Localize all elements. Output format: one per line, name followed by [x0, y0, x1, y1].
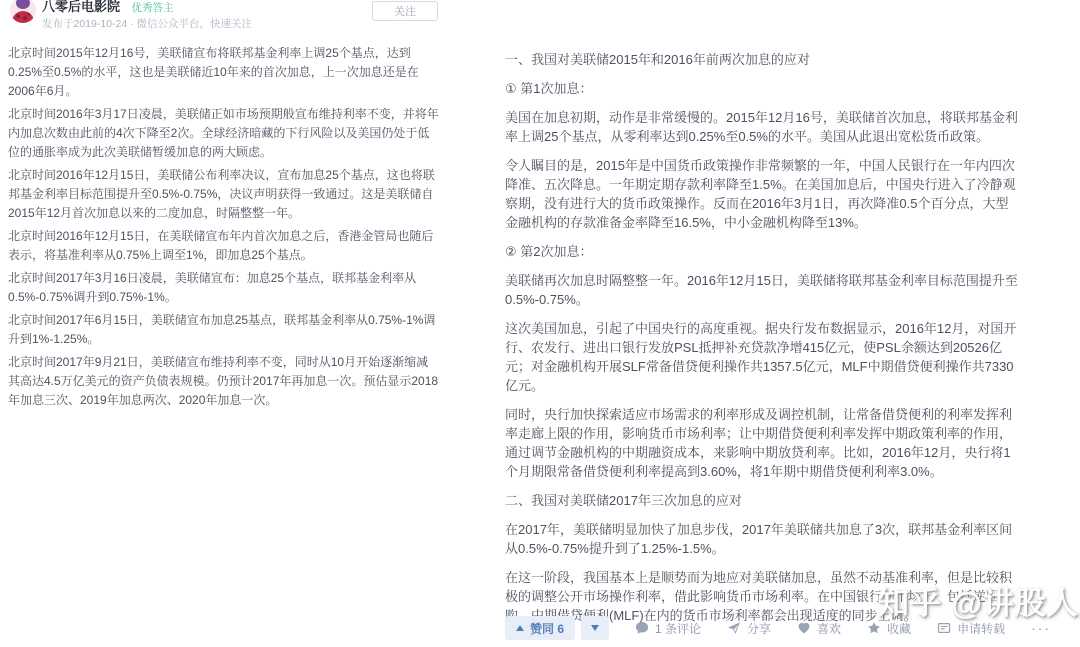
downvote-button[interactable]: [581, 616, 609, 640]
share-icon: [727, 621, 741, 635]
favorite-button[interactable]: 收藏: [867, 620, 911, 637]
author-badge: 优秀答主: [131, 2, 173, 14]
article-paragraph: 北京时间2017年9月21日，美联储宣布维持利率不变，同时从10月开始逐渐缩减其…: [8, 353, 440, 410]
upvote-button[interactable]: 赞同 6: [505, 616, 575, 640]
article-paragraph: 北京时间2017年6月15日，美联储宣布加息25基点，联邦基金利率从0.75%-…: [8, 311, 440, 349]
article-paragraph: 这次美国加息，引起了中国央行的高度重视。据央行发布数据显示，2016年12月，对…: [505, 319, 1019, 395]
avatar-figure-body: [12, 11, 34, 23]
article-paragraph: 同时，央行加快探索适应市场需求的利率形成及调控机制，让常备借贷便利的利率发挥利率…: [505, 405, 1019, 481]
share-button[interactable]: 分享: [727, 620, 771, 637]
article-paragraph: 美国在加息初期，动作是非常缓慢的。2015年12月16号，美联储首次加息，将联邦…: [505, 108, 1019, 146]
article-right-column: 一、我国对美联储2015年和2016年前两次加息的应对 ① 第1次加息： 美国在…: [505, 50, 1019, 635]
star-icon: [867, 621, 881, 635]
article-paragraph: 北京时间2016年12月15日，在美联储宣布年内首次加息之后，香港金管局也随后表…: [8, 227, 440, 265]
heart-icon: [797, 621, 811, 635]
repost-button[interactable]: 申请转载: [937, 620, 1005, 637]
author-header: 八零后电影院 优秀答主 发布于2019-10-24 · 微信公众平台，快速关注 …: [8, 0, 440, 32]
avatar[interactable]: [10, 0, 36, 23]
downvote-icon: [591, 625, 599, 631]
article-paragraph: 在2017年，美联储明显加快了加息步伐，2017年美联储共加息了3次，联邦基金利…: [505, 520, 1019, 558]
favorite-label: 收藏: [887, 620, 911, 637]
share-label: 分享: [747, 620, 771, 637]
upvote-icon: [516, 625, 524, 631]
action-bar: 赞同 6 1 条评论 分享 喜欢: [505, 616, 1051, 640]
article-paragraph: 北京时间2017年3月16日凌晨，美联储宣布：加息25个基点，联邦基金利率从0.…: [8, 269, 440, 307]
follow-button[interactable]: 关注: [372, 1, 438, 21]
section-heading: 一、我国对美联储2015年和2016年前两次加息的应对: [505, 50, 1019, 69]
article-paragraph: 北京时间2016年12月15日，美联储公布利率决议，宣布加息25个基点，这也将联…: [8, 166, 440, 223]
comment-icon: [635, 621, 649, 635]
like-button[interactable]: 喜欢: [797, 620, 841, 637]
section-heading: 二、我国对美联储2017年三次加息的应对: [505, 491, 1019, 510]
article-paragraph: 北京时间2015年12月16号，美联储宣布将联邦基金利率上调25个基点，达到0.…: [8, 44, 440, 101]
comment-button[interactable]: 1 条评论: [635, 620, 701, 637]
upvote-label: 赞同 6: [530, 620, 564, 637]
zhihu-article-page: 八零后电影院 优秀答主 发布于2019-10-24 · 微信公众平台，快速关注 …: [0, 0, 1080, 647]
repost-label: 申请转载: [957, 620, 1005, 637]
avatar-figure-head: [16, 0, 30, 9]
repost-icon: [937, 621, 951, 635]
sub-heading: ① 第1次加息：: [505, 79, 1019, 98]
like-label: 喜欢: [817, 620, 841, 637]
article-paragraph: 北京时间2016年3月17日凌晨，美联储正如市场预期般宣布维持利率不变，并将年内…: [8, 105, 440, 162]
article-paragraph: 美联储再次加息时隔整整一年。2016年12月15日，美联储将联邦基金利率目标范围…: [505, 271, 1019, 309]
more-button[interactable]: ···: [1031, 620, 1051, 636]
article-paragraph: 令人瞩目的是，2015年是中国货币政策操作非常频繁的一年，中国人民银行在一年内四…: [505, 156, 1019, 232]
comment-label: 1 条评论: [655, 620, 701, 637]
sub-heading: ② 第2次加息：: [505, 242, 1019, 261]
article-left-column: 八零后电影院 优秀答主 发布于2019-10-24 · 微信公众平台，快速关注 …: [8, 0, 440, 414]
author-name[interactable]: 八零后电影院: [42, 0, 120, 14]
more-icon: ···: [1031, 620, 1051, 636]
